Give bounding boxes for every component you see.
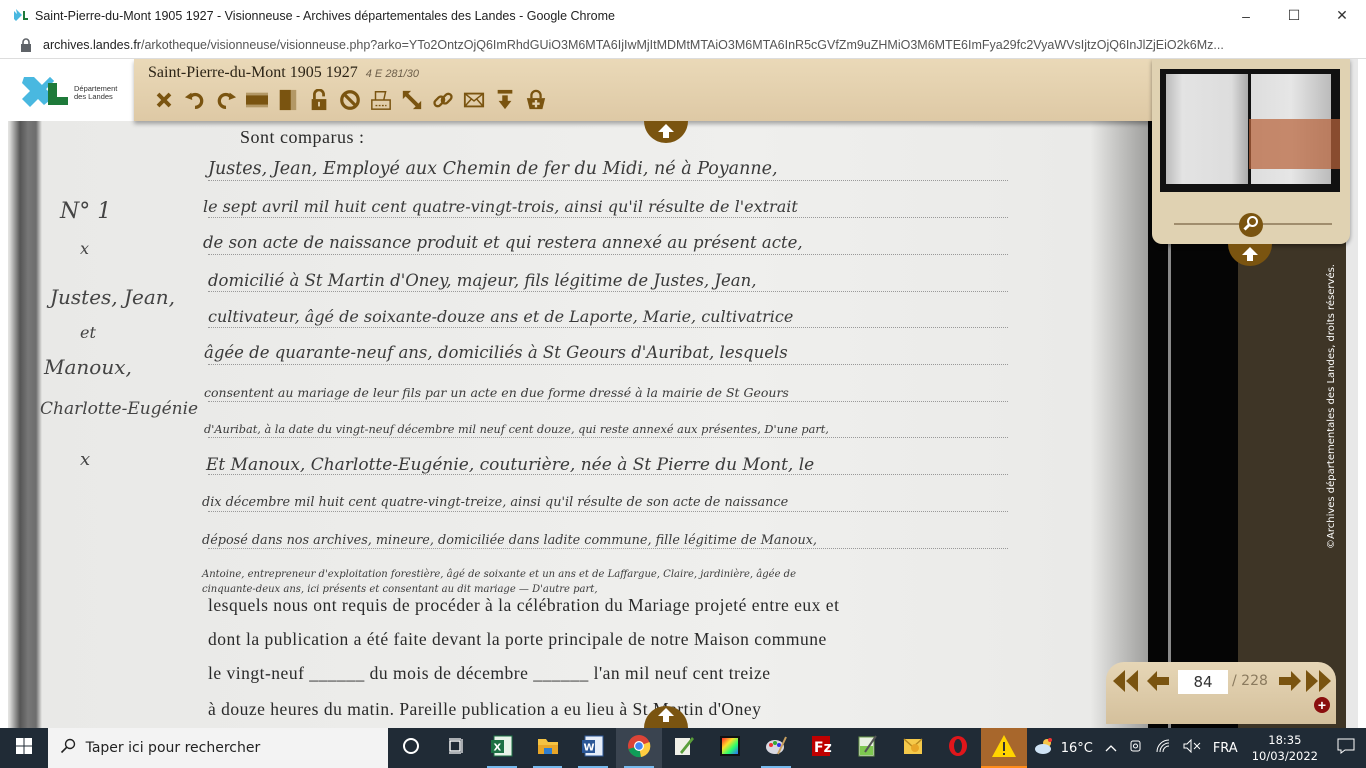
show-hidden-icons-button[interactable]: [1099, 741, 1123, 756]
filezilla-icon: Fz: [809, 734, 833, 763]
margin-groom: Justes, Jean,: [50, 285, 175, 309]
document-line: dont la publication a été faite devant l…: [208, 629, 827, 650]
first-page-button[interactable]: [1112, 670, 1140, 696]
title-bar: Saint-Pierre-du-Mont 1905 1927 - Visionn…: [0, 0, 1366, 31]
address-bar[interactable]: archives.landes.fr/arkotheque/visionneus…: [0, 31, 1366, 59]
document-line: cinquante-deux ans, ici présents et cons…: [202, 584, 598, 595]
minimize-button[interactable]: –: [1222, 0, 1270, 31]
volume-muted-icon: [1183, 739, 1201, 757]
clock[interactable]: 18:35 10/03/2022: [1244, 732, 1326, 764]
fit-height-icon: [277, 89, 299, 116]
document-title: Saint-Pierre-du-Mont 1905 19274 E 281/30: [148, 64, 419, 82]
task-view-icon: [447, 737, 465, 760]
taskbar-app-excel[interactable]: X: [479, 728, 525, 768]
taskbar-app-notepad[interactable]: [844, 728, 890, 768]
taskbar-app-paint[interactable]: [753, 728, 799, 768]
clock-date: 10/03/2022: [1252, 748, 1318, 764]
notification-icon: [1337, 738, 1355, 758]
print-button[interactable]: [365, 89, 396, 115]
fullscreen-button[interactable]: [396, 89, 427, 115]
taskbar-app-word[interactable]: W: [570, 728, 616, 768]
document-line: cultivateur, âgé de soixante-douze ans e…: [208, 307, 793, 326]
fullscreen-icon: [401, 89, 423, 116]
margin-bride-surname: Manoux,: [44, 355, 132, 379]
document-line: domicilié à St Martin d'Oney, majeur, fi…: [208, 271, 757, 290]
browser-window: Saint-Pierre-du-Mont 1905 1927 - Visionn…: [0, 0, 1366, 728]
svg-text:W: W: [584, 742, 595, 753]
copyright-notice: ©Archives départementales des Landes, dr…: [1326, 269, 1342, 549]
taskbar-app-opera[interactable]: [935, 728, 981, 768]
svg-text:Fz: Fz: [814, 740, 832, 756]
url-host: archives.landes.fr: [43, 38, 141, 52]
minimap-panel: [1152, 59, 1350, 244]
close-icon: [153, 89, 175, 116]
meet-now-button[interactable]: [1123, 738, 1149, 758]
block-icon: [339, 89, 361, 116]
close-viewer-button[interactable]: [148, 89, 179, 115]
magnifier-icon: [1243, 215, 1259, 236]
document-line: consentent au mariage de leur fils par u…: [204, 385, 789, 400]
lock-icon[interactable]: [20, 38, 34, 52]
arrow-up-icon: [658, 124, 674, 143]
download-icon: [494, 89, 516, 116]
chevron-up-icon: [1105, 741, 1117, 756]
rotate-left-icon: [184, 89, 206, 116]
warning-icon: [991, 734, 1017, 763]
unlock-icon: [308, 89, 330, 116]
notifications-button[interactable]: [1326, 728, 1366, 768]
arrow-up-icon: [1242, 247, 1258, 266]
previous-page-button[interactable]: [1144, 670, 1172, 696]
minimap-thumbnail[interactable]: [1160, 69, 1340, 192]
last-page-button[interactable]: [1304, 670, 1332, 696]
fit-width-button[interactable]: [241, 89, 272, 115]
document-line: déposé dans nos archives, mineure, domic…: [202, 533, 817, 548]
windows-taskbar: Taper ici pour rechercher X W Fz 16°C FR…: [0, 728, 1366, 768]
window-title: Saint-Pierre-du-Mont 1905 1927 - Visionn…: [35, 9, 615, 23]
document-line: Antoine, entrepreneur d'exploitation for…: [202, 569, 796, 580]
document-line: lesquels nous ont requis de procéder à l…: [208, 595, 839, 616]
taskbar-app-chrome[interactable]: [616, 728, 662, 768]
clock-time: 18:35: [1252, 732, 1318, 748]
double-arrow-right-icon: [1305, 670, 1331, 697]
site-favicon: [13, 8, 29, 24]
document-line: dix décembre mil huit cent quatre-vingt-…: [202, 495, 788, 510]
paint-palette-icon: [764, 734, 788, 763]
basket-icon: [525, 89, 547, 116]
document-line: Et Manoux, Charlotte-Eugénie, couturière…: [206, 455, 814, 475]
word-icon: W: [581, 734, 605, 763]
cortana-icon: [402, 737, 420, 760]
outlook-icon: [901, 734, 925, 763]
document-line: le vingt-neuf ______ du mois de décembre…: [208, 663, 771, 684]
task-view-button[interactable]: [434, 728, 480, 768]
search-placeholder: Taper ici pour rechercher: [86, 740, 261, 756]
document-cote: 4 E 281/30: [366, 68, 419, 80]
document-line: d'Auribat, à la date du vingt-neuf décem…: [204, 423, 829, 436]
email-button[interactable]: [458, 89, 489, 115]
document-viewer: N° 1 x Justes, Jean, et Manoux, Charlott…: [8, 59, 1358, 728]
document-line: de son acte de naissance produit et qui …: [203, 233, 803, 252]
weather-widget[interactable]: 16°C: [1027, 736, 1099, 760]
margin-act-number: N° 1: [60, 199, 111, 224]
document-line: Sont comparus :: [240, 127, 365, 148]
taskbar-app-warning[interactable]: [981, 728, 1027, 768]
language-indicator[interactable]: FRA: [1207, 741, 1244, 756]
fit-width-icon: [246, 89, 268, 116]
taskbar-app-photo-viewer[interactable]: [707, 728, 753, 768]
paint-tool-icon: [672, 734, 696, 763]
system-tray: 16°C FRA 18:35 10/03/2022: [1027, 728, 1366, 768]
chrome-icon: [627, 734, 651, 763]
rotate-left-button[interactable]: [179, 89, 210, 115]
svg-text:des Landes: des Landes: [74, 92, 113, 101]
taskbar-search-box[interactable]: Taper ici pour rechercher: [48, 728, 388, 768]
arrow-left-icon: [1147, 671, 1169, 696]
excel-icon: X: [490, 734, 514, 763]
document-line: âgée de quarante-neuf ans, domiciliés à …: [204, 343, 788, 362]
basket-button[interactable]: [520, 89, 551, 115]
file-explorer-icon: [536, 734, 560, 763]
page-total: / 228: [1232, 673, 1268, 689]
departement-logo[interactable]: Département des Landes: [8, 59, 134, 121]
margin-text: et: [80, 323, 96, 342]
zoom-slider-handle[interactable]: [1239, 213, 1263, 237]
document-line: Justes, Jean, Employé aux Chemin de fer …: [208, 159, 778, 179]
start-button[interactable]: [0, 728, 48, 768]
block-button[interactable]: [334, 89, 365, 115]
url-path: /arkotheque/visionneuse/visionneuse.php?…: [141, 38, 1224, 52]
margin-text: x: [80, 239, 89, 258]
download-button[interactable]: [489, 89, 520, 115]
photo-viewer-icon: [718, 734, 742, 763]
next-page-button[interactable]: [1276, 670, 1304, 696]
arrow-right-icon: [1279, 671, 1301, 696]
rotate-right-button[interactable]: [210, 89, 241, 115]
network-button[interactable]: [1149, 739, 1177, 757]
taskbar-app-explorer[interactable]: [525, 728, 571, 768]
cortana-button[interactable]: [388, 728, 434, 768]
search-icon: [60, 738, 76, 758]
arrow-up-icon: [658, 708, 674, 727]
document-image[interactable]: N° 1 x Justes, Jean, et Manoux, Charlott…: [8, 59, 1238, 728]
fit-height-button[interactable]: [272, 89, 303, 115]
maximize-button[interactable]: ☐: [1270, 0, 1318, 31]
margin-text: x: [80, 449, 90, 470]
viewer-toolbar: [148, 89, 551, 115]
page-navigator: / 228 +: [1106, 662, 1336, 724]
svg-text:X: X: [493, 742, 501, 753]
document-line: le sept avril mil huit cent quatre-vingt…: [203, 197, 798, 216]
opera-icon: [946, 734, 970, 763]
print-icon: [370, 89, 392, 116]
url-field[interactable]: archives.landes.fr/arkotheque/visionneus…: [43, 38, 1224, 52]
minimap-viewport[interactable]: [1249, 119, 1340, 169]
plus-icon: +: [1318, 698, 1326, 712]
close-window-button[interactable]: ✕: [1318, 0, 1366, 31]
weather-cloud-icon: [1033, 736, 1055, 760]
mail-icon: [463, 89, 485, 116]
windows-logo-icon: [16, 738, 32, 759]
more-options-button[interactable]: +: [1314, 697, 1330, 713]
taskbar-app-outlook[interactable]: [890, 728, 936, 768]
rotate-right-icon: [215, 89, 237, 116]
weather-temperature: 16°C: [1061, 741, 1093, 756]
page-number-input[interactable]: [1178, 670, 1228, 694]
margin-bride-name: Charlotte-Eugénie: [40, 399, 198, 419]
taskbar-app-filezilla[interactable]: Fz: [799, 728, 845, 768]
link-icon: [432, 89, 454, 116]
taskbar-app-paint-tool[interactable]: [662, 728, 708, 768]
notepad-icon: [855, 734, 879, 763]
link-button[interactable]: [427, 89, 458, 115]
wifi-icon: [1155, 739, 1171, 757]
unlock-button[interactable]: [303, 89, 334, 115]
camera-icon: [1129, 738, 1143, 758]
viewer-header: Saint-Pierre-du-Mont 1905 19274 E 281/30: [134, 59, 1158, 121]
double-arrow-left-icon: [1113, 670, 1139, 697]
volume-button[interactable]: [1177, 739, 1207, 757]
